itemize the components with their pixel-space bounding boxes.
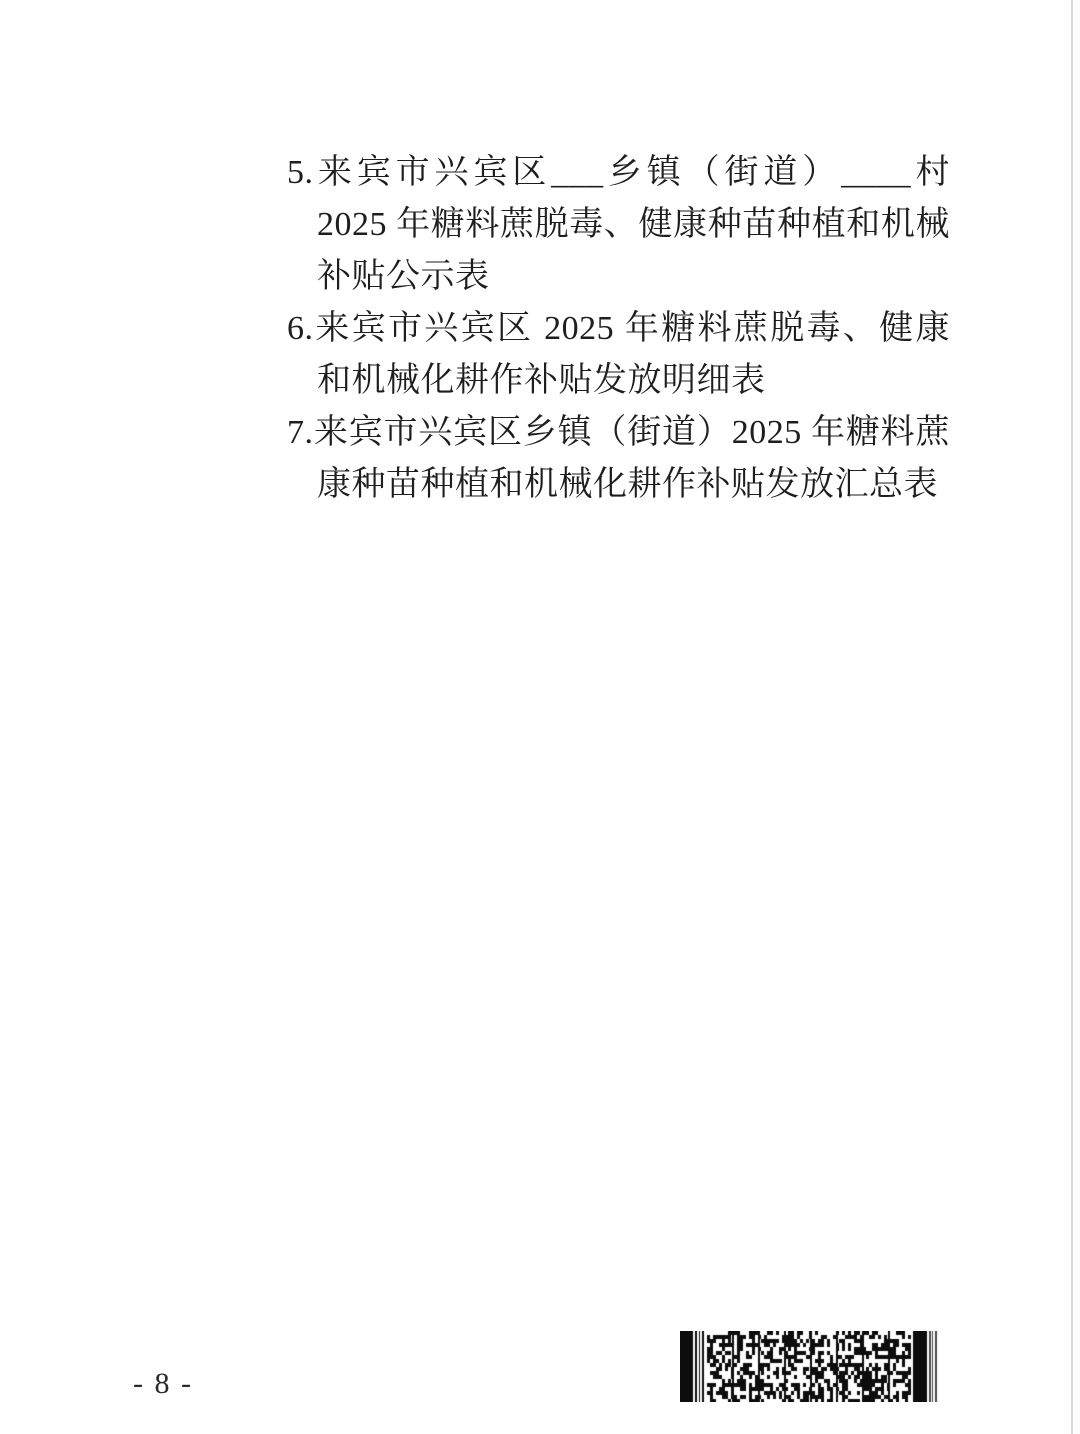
list-item-line: 2025 年糖料蔗脱毒、健康种苗种植和机械化耕作 — [287, 199, 950, 251]
pdf417-barcode — [680, 1331, 938, 1402]
attachment-list: 5.来宾市兴宾区___乡镇（街道）____村（社区）____屯 2025 年糖料… — [287, 147, 950, 511]
list-item-line: 7.来宾市兴宾区乡镇（街道）2025 年糖料蔗脱毒、健 — [287, 407, 950, 459]
pdf417-barcode-canvas — [680, 1331, 938, 1402]
list-item-line: 康种苗种植和机械化耕作补贴发放汇总表 — [287, 459, 950, 511]
list-item: 5.来宾市兴宾区___乡镇（街道）____村（社区）____屯 2025 年糖料… — [287, 147, 950, 303]
list-item: 7.来宾市兴宾区乡镇（街道）2025 年糖料蔗脱毒、健 康种苗种植和机械化耕作补… — [287, 407, 950, 511]
list-item: 6.来宾市兴宾区 2025 年糖料蔗脱毒、健康种苗种植 和机械化耕作补贴发放明细… — [287, 303, 950, 407]
scan-edge-line — [1071, 0, 1073, 1434]
list-item-line: 和机械化耕作补贴发放明细表 — [287, 355, 950, 407]
document-page: 5.来宾市兴宾区___乡镇（街道）____村（社区）____屯 2025 年糖料… — [0, 0, 1080, 1434]
list-item-line: 补贴公示表 — [287, 251, 950, 303]
list-item-line: 5.来宾市兴宾区___乡镇（街道）____村（社区）____屯 — [287, 147, 950, 199]
list-item-line: 6.来宾市兴宾区 2025 年糖料蔗脱毒、健康种苗种植 — [287, 303, 950, 355]
page-number: - 8 - — [133, 1366, 193, 1402]
